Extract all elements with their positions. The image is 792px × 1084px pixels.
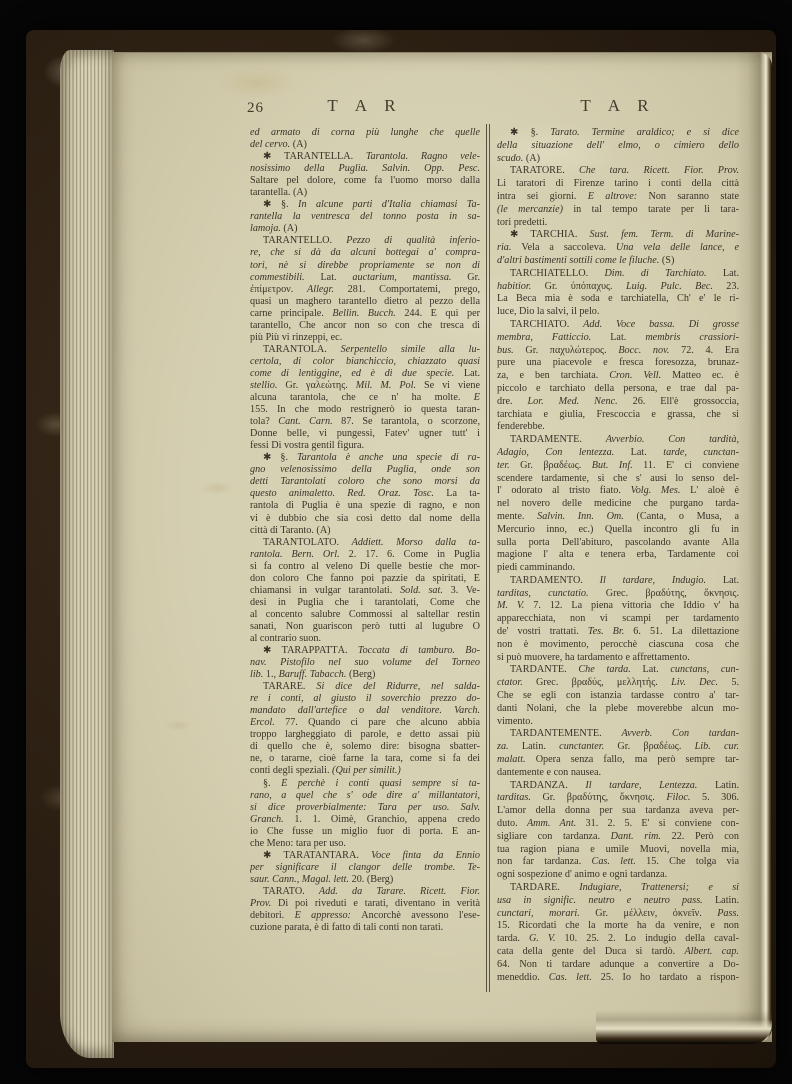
text-line: magione l' alta e tenera erba, Tardament… [497,549,739,562]
italic-text-segment: ed armato di corna più lunghe che quelle [250,127,480,138]
roman-text-segment: TARDANTE. [510,664,578,675]
roman-text-segment: (A) [283,223,297,234]
italic-text-segment: ter. [497,460,520,471]
italic-text-segment: lib. [250,669,266,680]
roman-text-segment: 72. 4. Era [681,345,739,356]
roman-text-segment: Lat. [610,332,645,343]
italic-text-segment: cunctans, cun- [670,664,739,675]
italic-text-segment: malatt. [497,754,536,765]
running-head-right: T A R [497,96,739,116]
text-line: certola, di color bianchiccio, chiazzato… [250,356,480,368]
page-curl-right [735,52,772,1042]
text-line: pure una piacevole e fresca foresozza, b… [497,357,739,370]
text-line: mente. Salvin. Inn. Om. (Canta, o Musa, … [497,511,739,524]
text-line: stellio. Gr. γαλεώτης. Mil. M. Pol. Se v… [250,380,480,392]
roman-text-segment: don coloro Che fanno poi pazzie da spiri… [250,573,480,584]
text-line: commestibili. Lat. auctarium, mantissa. … [250,272,480,284]
roman-text-segment: si fa contro al veleno Di quelle bestie … [250,561,480,572]
italic-text-segment: E altrove: [588,191,649,202]
roman-text-segment: 25. Io ho tardato a rispon- [601,972,739,983]
text-line: saur. Cann., Magal. lett. 20. (Berg) [250,874,480,886]
column-right: ✱ §. Tarato. Termine araldico; e si dice… [497,127,739,984]
text-line: TARARE. Si dice del Ridurre, nel salda- [250,681,480,693]
text-line: cunctari, morari. Gr. μέλλειν, ὀκνεῖν. P… [497,908,739,921]
text-line: TARDAMENTO. Il tardare, Indugio. Lat. [497,575,739,588]
roman-text-segment: tarda. [497,933,529,944]
roman-text-segment: Lat. [464,368,480,379]
roman-text-segment: (S) [662,255,674,266]
text-line: si dice proverbialmente: Tara per uso. S… [250,802,480,814]
roman-text-segment: Vela a saccoleva. [521,242,616,253]
text-line: TARDANZA. Il tardare, Lentezza. Latin. [497,780,739,793]
italic-text-segment: Prov. [250,898,278,909]
text-line: fessi Di vostra gentil figura. [250,440,480,452]
text-line: ne, o tararne, cioè farne la tara, come … [250,753,480,765]
roman-text-segment: io Che fusse un miglio fuor di porta. E … [250,826,480,837]
roman-text-segment: de' vostri trattati. [497,626,588,637]
scanned-book-photo: { "page": { "number": "26", "running_hea… [0,0,792,1084]
text-line: città di Taranto. (A) [250,525,480,537]
roman-text-segment: 6. 51. La dilettazione [633,626,739,637]
text-line: cata della gente del Duca si tardò. Albe… [497,946,739,959]
italic-text-segment: nosissimo della Puglia. Salvin. Opp. Pes… [250,163,480,174]
italic-text-segment: Cron. Vell. [609,370,672,381]
roman-text-segment: sigliare con tardanza. [497,831,611,842]
italic-text-segment: Che tara. Ricett. Fior. Prov. [579,165,739,176]
italic-text-segment: Toccata di tamburo. Bo- [358,645,480,656]
text-line: ✱ §. Tarato. Termine araldico; e si dice [497,127,739,140]
italic-text-segment: Indugiare, Trattenersi; e si [579,882,739,893]
roman-text-segment: Donne belle, vi pungessi, Fatev' ugner t… [250,428,480,439]
italic-text-segment: certola, di color bianchiccio, chiazzato… [250,356,480,367]
text-line: carne principale. Bellin. Bucch. 244. E … [250,308,480,320]
text-line: La Beca mia è soda e tarchiatella, Ch' e… [497,293,739,306]
text-line: ed armato di corna più lunghe che quelle [250,127,480,139]
italic-text-segment: Una vela delle lance, e [616,242,739,253]
text-line: mandato dall'artefice o dal venditore. V… [250,705,480,717]
text-line: piccolo e tarchiato della persona, e tra… [497,383,739,396]
roman-text-segment: tarantello, Che ancor non so con che tre… [250,320,480,331]
roman-text-segment: TARDAMENTO. [510,575,600,586]
text-line: tori, nè si direbbe propriamente se non … [250,260,480,272]
text-line: l' odorato al tristo fiato. Volg. Mes. L… [497,485,739,498]
text-line: ria. Vela a saccoleva. Una vela delle la… [497,242,739,255]
italic-text-segment: Luig. Pulc. Bec. [626,281,726,292]
text-line: Saltare pel dolore, come fa l'uomo morso… [250,175,480,187]
roman-text-segment: ἐπίμετρον. [250,284,307,295]
roman-text-segment: Non saranno state [648,191,739,202]
italic-text-segment: Mil. M. Pol. [356,380,424,391]
page-edges-stack [60,50,114,1058]
text-line: de' vostri trattati. Tes. Br. 6. 51. La … [497,626,739,639]
text-line: non far tardanza. Cas. lett. 15. Che tol… [497,856,739,869]
text-line: al contrario suon. [250,633,480,645]
text-line: nosissimo della Puglia. Salvin. Opp. Pes… [250,163,480,175]
text-line: Che se egli con istanzia tardasse contro… [497,690,739,703]
italic-text-segment: Filoc. [666,792,702,803]
roman-text-segment: 3. Ve- [451,585,480,596]
roman-text-segment: Matteo ec. è [672,370,739,381]
text-line: rantola. Bern. Orl. 2. 17. 6. Come in Pu… [250,549,480,561]
roman-text-segment: 64. Non ti tardare adunque a convertire … [497,959,739,970]
italic-text-segment: But. Inf. [592,460,643,471]
italic-text-segment: re i conti, al giusto il soverchio prezz… [250,693,480,704]
roman-text-segment: Gr. ὑπόπαχυς. [545,281,626,292]
text-line: non è movimento, perocchè ciascuna cosa … [497,639,739,652]
roman-text-segment: 1. 1. Oimè, Granchio, appena credo [294,814,480,825]
text-line: tarantella. (A) [250,187,480,199]
roman-text-segment: TARDANTEMENTE. [510,728,621,739]
italic-text-segment: (le mercanzie) [497,204,573,215]
italic-text-segment: si dice proverbialmente: Tara per uso. S… [250,802,480,813]
text-line: fenderebbe. [497,421,739,434]
text-line: Prov. Di poi riveduti e tarati, diventan… [250,898,480,910]
text-line: meneddio. Cas. lett. 25. Io ho tardato a… [497,972,739,985]
text-line: Granch. 1. 1. Oimè, Granchio, appena cre… [250,814,480,826]
italic-text-segment: tarde, cunctan- [663,447,739,458]
text-line: za. Latin. cunctanter. Gr. βραδέως. Lib.… [497,741,739,754]
text-line: don coloro Che fanno poi pazzie da spiri… [250,573,480,585]
text-line: TARDARE. Indugiare, Trattenersi; e si [497,882,739,895]
text-line: TARDANTE. Che tarda. Lat. cunctans, cun- [497,664,739,677]
roman-text-segment: Gr. μέλλειν, ὀκνεῖν. [595,908,717,919]
text-line: come di lentiggine, ed è di due specie. … [250,368,480,380]
text-line: TARATO. Add. da Tarare. Ricett. Fior. [250,886,480,898]
italic-text-segment: rano, a quel che s' ode dire a' millanta… [250,790,480,801]
roman-text-segment: TARATORE. [510,165,579,176]
text-line: ctator. Grec. βραδύς, μελλητής. Liv. Dec… [497,677,739,690]
roman-text-segment: alcuna tarantola, che ce n' ha molte. [250,392,474,403]
roman-text-segment: za, e ben tarchiata. [497,370,609,381]
roman-text-segment: TARANTOLA. [263,344,341,355]
italic-text-segment: Che tarda. [578,664,642,675]
roman-text-segment: TARARE. [263,681,316,692]
italic-text-segment: Sust. fem. Term. di Marine- [590,229,740,240]
roman-text-segment: Che se egli con istanzia tardasse contro… [497,690,739,701]
italic-text-segment: d'altri bastimenti sottili come le filuc… [497,255,662,266]
text-line: rano, a quel che s' ode dire a' millanta… [250,790,480,802]
italic-text-segment: auctarium, mantissa. [352,272,467,283]
italic-text-segment: tarditas. [497,792,542,803]
text-line: sulla porta Dell'abituro, pascolando ava… [497,537,739,550]
text-line: al concento salubre Commossi al saltella… [250,609,480,621]
text-line: rantola di Puglia è una spezie di ragno,… [250,500,480,512]
roman-text-segment: vi è dubbio che sia così detto dal nome … [250,513,480,524]
italic-text-segment: G. V. [529,933,564,944]
roman-text-segment: 87. Se tarantola, o scorzone, [341,416,480,427]
text-line: lamoja. (A) [250,223,480,235]
text-line: Li taratori di Firenze tarino i conti de… [497,178,739,191]
roman-text-segment: magione l' alta e tenera erba, Tardament… [497,549,739,560]
roman-text-segment: al concento salubre Commossi al saltella… [250,609,480,620]
column-left: ed armato di corna più lunghe che quelle… [250,127,480,934]
text-line: Adagio, Con lentezza. Lat. tarde, cuncta… [497,447,739,460]
roman-text-segment: (A) [293,139,307,150]
italic-text-segment: stellio. [250,380,285,391]
roman-text-segment: ne, o tararne, cioè farne la tara, come … [250,753,480,764]
text-line: vimento. [497,716,739,729]
italic-text-segment: Cant. Carn. [278,416,341,427]
roman-text-segment: nel novero delle medicine che purgano ta… [497,498,739,509]
italic-text-segment: rantella la ventresca del tonno posta in… [250,211,480,222]
italic-text-segment: cunctanter. [559,741,617,752]
italic-text-segment: Allegr. [307,284,348,295]
roman-text-segment: piccolo e tarchiato della persona, e tra… [497,383,739,394]
roman-text-segment: Li taratori di Firenze tarino i conti de… [497,178,739,189]
italic-text-segment: Si dice del Ridurre, nel salda- [316,681,480,692]
roman-text-segment: ✱ TARCHIA. [510,229,590,240]
text-line: apparecchiata, non vi scampi per tardame… [497,613,739,626]
text-line: alcuna tarantola, che ce n' ha molte. E [250,392,480,404]
italic-text-segment: bus. [497,345,525,356]
roman-text-segment: Gr. γαλεώτης. [285,380,355,391]
text-line: ter. Gr. βραδέως. But. Inf. 11. E' ci co… [497,460,739,473]
roman-text-segment: mente. [497,511,537,522]
roman-text-segment: Gr. βραδέως. [617,741,694,752]
italic-text-segment: Granch. [250,814,294,825]
text-line: gno velenosissimo della Puglia, onde son [250,464,480,476]
italic-text-segment: Bocc. nov. [618,345,681,356]
text-line: intra sei giorni. E altrove: Non saranno… [497,191,739,204]
text-line: lib. 1., Baruff. Tabacch. (Berg) [250,669,480,681]
roman-text-segment: fenderebbe. [497,421,545,432]
italic-text-segment: Il tardare, Lentezza. [585,780,715,791]
text-line: luce, Dio la salvi, il pelo. [497,306,739,319]
roman-text-segment: ✱ TARATANTARA. [263,850,371,861]
roman-text-segment: §. [263,778,281,789]
roman-text-segment: Lat. [631,447,664,458]
column-divider-rule [486,124,490,992]
roman-text-segment: 23. [726,281,739,292]
italic-text-segment: Voce finta da Ennio [371,850,480,861]
roman-text-segment: 2. 17. 6. Come in Puglia [349,549,480,560]
italic-text-segment: (Qui per similit.) [332,765,401,776]
italic-text-segment: Sold. sat. [400,585,451,596]
roman-text-segment: cuzione parata, è di fatto di tali conti… [250,922,443,933]
roman-text-segment: TARDAMENTE. [510,434,606,445]
text-line: ogni sospezione d' animo e ogni tardanza… [497,869,739,882]
text-line: chiamansi in vulgar tarantolati. Sold. s… [250,585,480,597]
roman-text-segment: 7. 12. La piena vittoria che Iddio v' ha [533,600,739,611]
text-line: nav. Pistofilo nel suo volume del Torneo [250,657,480,669]
text-line: tarchiata e giulia, Frescoccia e grassa,… [497,409,739,422]
italic-text-segment: Bellin. Bucch. [332,308,404,319]
text-line: scendere tardamente, sì che s' ausi lo s… [497,473,739,486]
roman-text-segment: TARDANZA. [510,780,585,791]
italic-text-segment: rantola. Bern. Orl. [250,549,349,560]
text-line: Donne belle, vi pungessi, Fatev' ugner t… [250,428,480,440]
text-line: dantemente e con nausea. [497,767,739,780]
italic-text-segment: membris crassiori- [645,332,739,343]
text-line: dre. Lor. Med. Nenc. 26. Ell'è grossocci… [497,396,739,409]
roman-text-segment: 20. (Berg) [352,874,394,885]
italic-text-segment: commestibili. [250,272,320,283]
roman-text-segment: non far tardanza. [497,856,592,867]
italic-text-segment: nav. Pistofilo nel suo volume del Torneo [250,657,480,668]
text-line: 15. Ricordati che la morte ha da venire,… [497,920,739,933]
roman-text-segment: apparecchiata, non vi scampi per tardame… [497,613,739,624]
italic-text-segment: Add. Voce bassa. Di grosse [583,319,739,330]
roman-text-segment: 11. E' ci conviene [643,460,739,471]
text-line: tarantello, Che ancor non so con che tre… [250,320,480,332]
italic-text-segment: del cervo. [250,139,293,150]
roman-text-segment: Gr. [467,272,480,283]
text-line: ✱ TARANTELLA. Tarantola. Ragno vele- [250,151,480,163]
roman-text-segment: Gr. βραδύτης, ὄκνησις. [542,792,666,803]
text-line: che Meno: tara per uso. [250,838,480,850]
italic-text-segment: È perchè i conti quasi sempre si ta- [281,778,480,789]
roman-text-segment: Latin. [715,780,739,791]
italic-text-segment: Adagio, Con lentezza. [497,447,631,458]
text-line: §. È perchè i conti quasi sempre si ta- [250,778,480,790]
text-line: ἐπίμετρον. Allegr. 281. Comportatemi, pr… [250,284,480,296]
text-line: piedi camminando. [497,562,739,575]
roman-text-segment: (Berg) [349,669,375,680]
roman-text-segment: Opera senza fallo, ma però sempre tar- [536,754,739,765]
text-line: TARANTOLA. Serpentello simile alla lu- [250,344,480,356]
italic-text-segment: Albert. cap. [684,946,739,957]
roman-text-segment: Gr. παχυλώτερος. [525,345,618,356]
roman-text-segment: tarantella. (A) [250,187,307,198]
roman-text-segment: Grec. βραδύς, μελλητής. [536,677,671,688]
italic-text-segment: Pezzo di qualità inferio- [346,235,480,246]
roman-text-segment: Se vi viene [424,380,480,391]
roman-text-segment: TARCHIATO. [510,319,583,330]
text-line: tori predetti. [497,217,739,230]
roman-text-segment: TARCHIATELLO. [510,268,604,279]
roman-text-segment: ✱ TARANTELLA. [263,151,366,162]
text-line: io Che fusse un miglio fuor di porta. E … [250,826,480,838]
roman-text-segment: fessi Di vostra gentil figura. [250,440,364,451]
italic-text-segment: gno velenosissimo della Puglia, onde son [250,464,480,475]
roman-text-segment: Gr. βραδέως. [520,460,592,471]
roman-text-segment: sulla porta Dell'abituro, pascolando ava… [497,537,739,548]
roman-text-segment: 10. 25. 2. Lo indugio della caval- [564,933,739,944]
text-line: tarda. G. V. 10. 25. 2. Lo indugio della… [497,933,739,946]
text-line: L'amor della donna per sua tardanza avev… [497,805,739,818]
roman-text-segment: Latin. [715,895,739,906]
roman-text-segment: tola? [250,416,278,427]
text-line: del cervo. (A) [250,139,480,151]
text-line: membra, Fatticcio. Lat. membris crassior… [497,332,739,345]
text-line: sigliare con tardanza. Dant. rim. 22. Pe… [497,831,739,844]
roman-text-segment: desi in Puglia che i tarantolati, Come c… [250,597,480,608]
roman-text-segment: di quello che è, solemo dire: bisogna sb… [250,741,480,752]
text-line: M. V. 7. 12. La piena vittoria che Iddio… [497,600,739,613]
italic-text-segment: Avverbio. Con tardità, [606,434,739,445]
page-curl-bottom [596,1010,772,1044]
roman-text-segment: Lat. [643,664,671,675]
italic-text-segment: E appresso: [295,910,362,921]
italic-text-segment: ria. [497,242,521,253]
roman-text-segment: più Più vi rinzeppi, ec. [250,332,342,343]
italic-text-segment: M. V. [497,600,533,611]
roman-text-segment: intra sei giorni. [497,191,588,202]
roman-text-segment: chiamansi in vulgar tarantolati. [250,585,400,596]
text-line: ✱ §. In alcune parti d'Italia chiamasi T… [250,199,480,211]
roman-text-segment: 5. [731,677,739,688]
italic-text-segment: Tarantola. Ragno vele- [366,151,480,162]
roman-text-segment: ✱ TARAPPATTÀ. [263,645,358,656]
italic-text-segment: E [474,392,480,403]
roman-text-segment: (A) [526,153,540,164]
text-line: troppo largheggiato di parole, e detto a… [250,729,480,741]
roman-text-segment: ✱ §. [510,127,550,138]
text-line: TARATORE. Che tara. Ricett. Fior. Prov. [497,165,739,178]
italic-text-segment: Dim. di Tarchiato. [604,268,722,279]
italic-text-segment: per significare il clangor delle trombe.… [250,862,480,873]
italic-text-segment: Cas. lett. [592,856,647,867]
text-line: di quello che è, solemo dire: bisogna sb… [250,741,480,753]
text-line: nel novero delle medicine che purgano ta… [497,498,739,511]
italic-text-segment: Lib. cur. [695,741,739,752]
italic-text-segment: Ercol. [250,717,285,728]
text-line: ✱ TARAPPATTÀ. Toccata di tamburo. Bo- [250,645,480,657]
roman-text-segment: (Canta, o Musa, a [637,511,740,522]
text-line: si fa contro al veleno Di quelle bestie … [250,561,480,573]
italic-text-segment: Liv. Dec. [671,677,731,688]
italic-text-segment: detti Tarantolati coloro che sono morsi … [250,476,480,487]
italic-text-segment: cunctari, morari. [497,908,595,919]
italic-text-segment: scudo. [497,153,526,164]
text-line: tua ragion piana e umile Muovi, novella … [497,844,739,857]
roman-text-segment: tori predetti. [497,217,547,228]
roman-text-segment: 244. E qui per [404,308,480,319]
text-line: TARCHIATO. Add. Voce bassa. Di grosse [497,319,739,332]
text-line: TARANTELLO. Pezzo di qualità inferio- [250,235,480,247]
text-line: za, e ben tarchiata. Cron. Vell. Matteo … [497,370,739,383]
italic-text-segment: lamoja. [250,223,283,234]
roman-text-segment: conti degli speziali. [250,765,332,776]
italic-text-segment: mandato dall'artefice o dal venditore. V… [250,705,480,716]
italic-text-segment: Cas. lett. [549,972,601,983]
roman-text-segment: meneddio. [497,972,549,983]
text-line: (le mercanzie) in tal tempo tarate per l… [497,204,739,217]
roman-text-segment: Lat. [320,272,352,283]
roman-text-segment: vimento. [497,716,533,727]
italic-text-segment: Tes. Br. [588,626,633,637]
roman-text-segment: pure una piacevole e fresca foresozza, b… [497,357,739,368]
roman-text-segment: l' odorato al tristo fiato. [497,485,631,496]
text-line: ✱ TARCHIA. Sust. fem. Term. di Marine- [497,229,739,242]
roman-text-segment: 22. Però con [672,831,739,842]
roman-text-segment: 77. Quando ci pare che alcuno abbia [285,717,480,728]
roman-text-segment: Ancorchè avessono l'ese- [361,910,480,921]
italic-text-segment: Add. da Tarare. Ricett. Fior. [319,886,480,897]
italic-text-segment: questo animaletto. Red. Oraz. Tosc. [250,488,446,499]
roman-text-segment: 281. Comportatemi, prego, [348,284,480,295]
italic-text-segment: Addiett. Morso dalla ta- [352,537,480,548]
text-line: tarditas. Gr. βραδύτης, ὄκνησις. Filoc. … [497,792,739,805]
roman-text-segment: Latin. [522,741,559,752]
roman-text-segment: quasi un maghero tarantello dietro al pe… [250,296,480,307]
roman-text-segment: tua ragion piana e umile Muovi, novella … [497,844,739,855]
text-line: questo animaletto. Red. Oraz. Tosc. La t… [250,488,480,500]
text-line: per significare il clangor delle trombe.… [250,862,480,874]
roman-text-segment: tarchiata e giulia, Frescoccia e grassa,… [497,409,739,420]
roman-text-segment: carne principale. [250,308,332,319]
roman-text-segment: duto. [497,818,527,829]
text-line: conti degli speziali. (Qui per similit.) [250,765,480,777]
running-head-left: T A R [250,96,480,116]
roman-text-segment: ogni sospezione d' animo e ogni tardanza… [497,869,667,880]
italic-text-segment: tori, nè si direbbe propriamente se non … [250,260,480,271]
roman-text-segment: L'amor della donna per sua tardanza avev… [497,805,739,816]
italic-text-segment: re, che si dà da alcuni bottegai a' comp… [250,247,480,258]
italic-text-segment: Pass. [717,908,739,919]
text-line: quasi un maghero tarantello dietro al pe… [250,296,480,308]
text-line: ✱ §. Tarantola è anche una specie di ra- [250,452,480,464]
